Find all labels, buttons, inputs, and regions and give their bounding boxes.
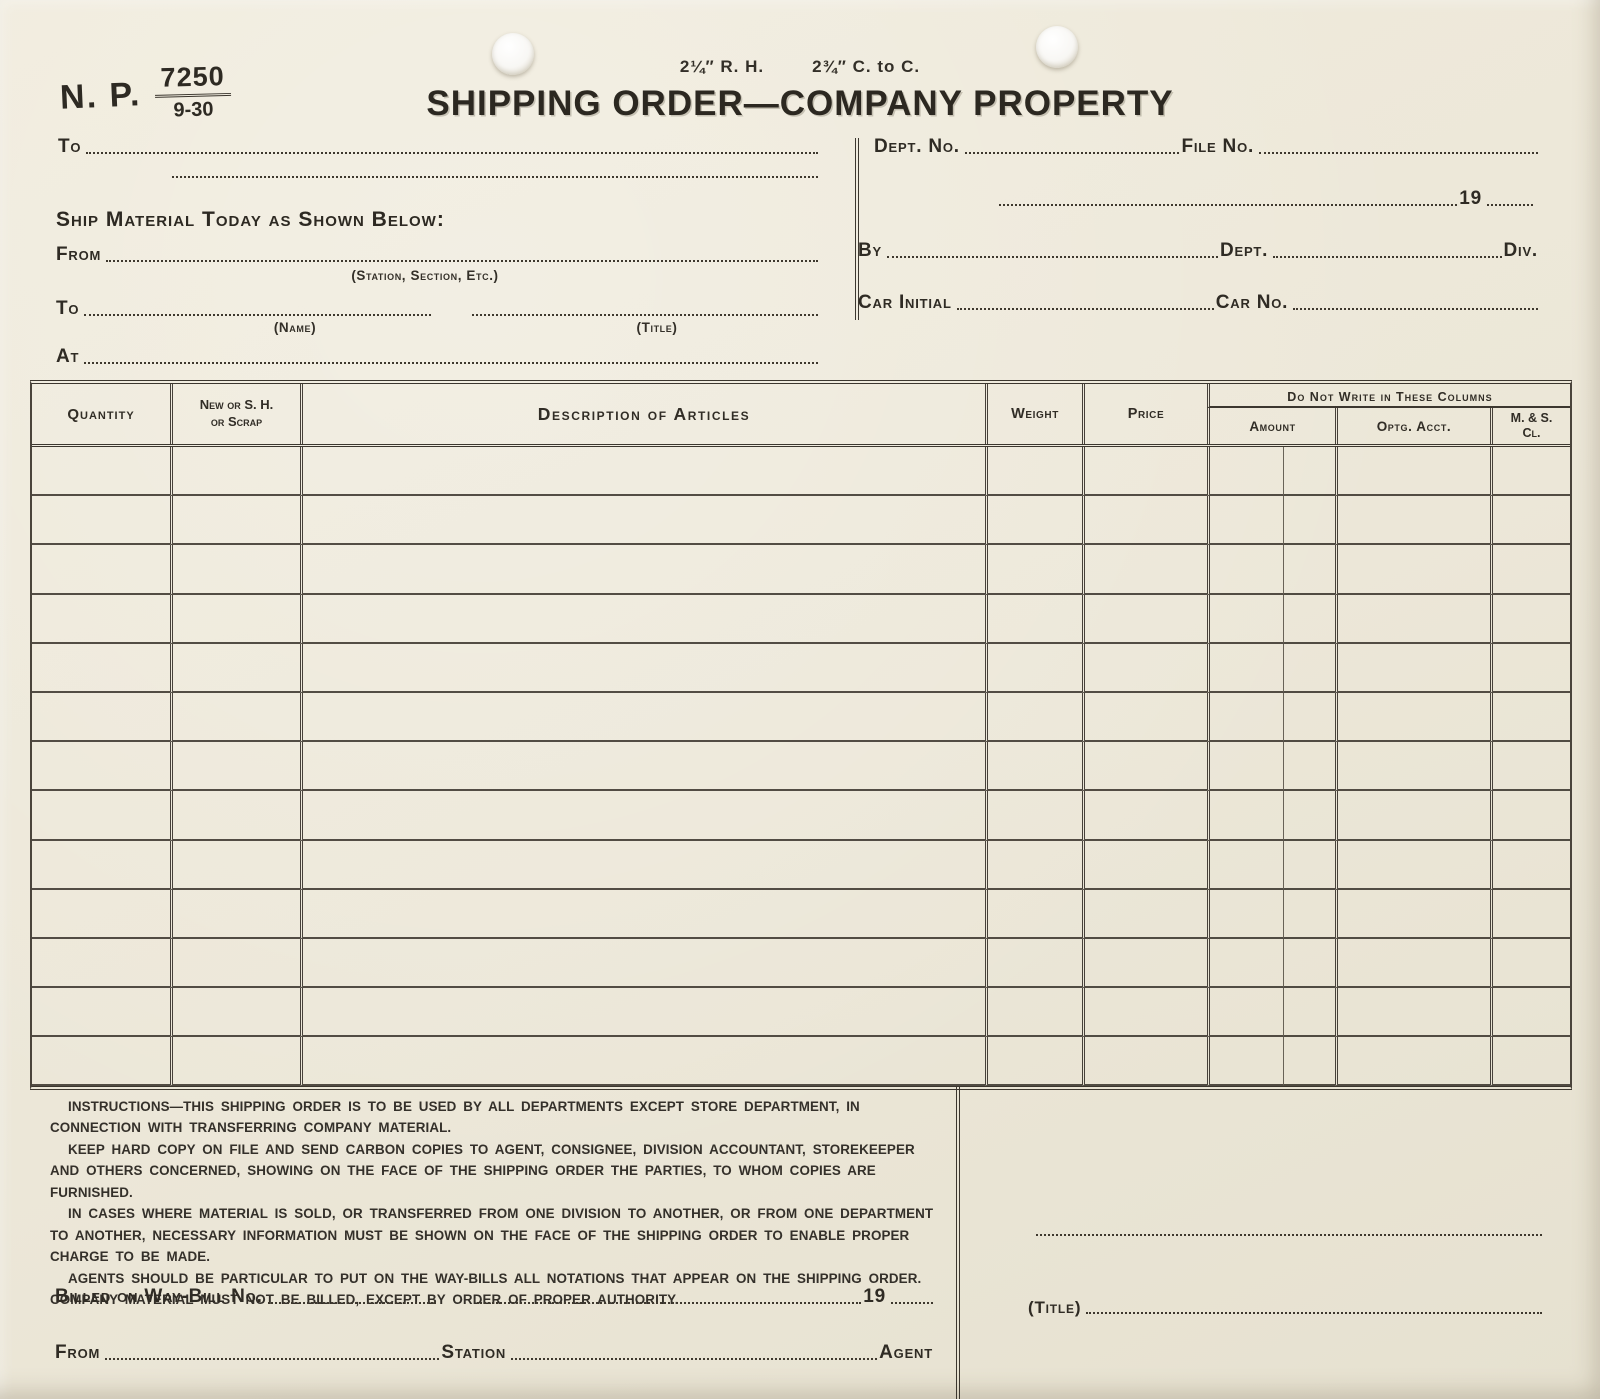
- signature-title-fill-line: [1086, 1312, 1542, 1314]
- table-cell: [1490, 693, 1570, 742]
- table-cell: [1335, 545, 1490, 594]
- at-label: At: [56, 346, 79, 368]
- table-cell: [985, 1037, 1082, 1086]
- shipping-order-form: N. P. 7250 9-30 2¼″ R. H. 2¾″ C. to C. S…: [0, 0, 1600, 1399]
- table-cell: [1335, 693, 1490, 742]
- table-cell: [1207, 595, 1283, 644]
- table-cell: [32, 841, 170, 890]
- footer-divider-rule: [956, 1086, 960, 1399]
- to-label: To: [58, 136, 81, 158]
- table-cell: [170, 644, 300, 693]
- table-cell: [1335, 496, 1490, 545]
- table-cell: [32, 693, 170, 742]
- table-cell: [1283, 644, 1335, 693]
- table-cell: [1283, 939, 1335, 988]
- ms-cl-column-header: M. & S. Cl.: [1490, 408, 1570, 444]
- table-cell: [32, 644, 170, 693]
- table-cell: [300, 988, 985, 1037]
- agent-label: Agent: [879, 1342, 933, 1364]
- table-cell: [1082, 988, 1207, 1037]
- instructions-paragraph: KEEP HARD COPY ON FILE AND SEND CARBON C…: [50, 1139, 942, 1203]
- table-cell: [32, 939, 170, 988]
- table-cell: [1082, 841, 1207, 890]
- table-cell: [1207, 496, 1283, 545]
- table-cell: [32, 1037, 170, 1086]
- table-cell: [1207, 693, 1283, 742]
- billing-from-fill-line: [105, 1358, 439, 1360]
- waybill-year-prefix: 19: [863, 1286, 886, 1308]
- table-cell: [170, 595, 300, 644]
- table-cell: [1490, 1037, 1570, 1086]
- table-cell: [170, 841, 300, 890]
- optg-acct-column-header: Optg. Acct.: [1335, 408, 1490, 444]
- table-cell: [1335, 742, 1490, 791]
- table-cell: [1207, 890, 1283, 939]
- signature-fill-line: [1036, 1234, 1542, 1236]
- ship-material-heading: Ship Material Today as Shown Below:: [56, 208, 445, 232]
- table-cell: [985, 693, 1082, 742]
- waybill-date-fill-line: [477, 1302, 862, 1304]
- signature-title-line: (Title): [1028, 1298, 1544, 1318]
- table-cell: [32, 742, 170, 791]
- table-cell: [1283, 841, 1335, 890]
- condition-header-line1: New or S. H.: [200, 397, 274, 414]
- date-fill-line: [999, 204, 1457, 206]
- instructions-paragraph: IN CASES WHERE MATERIAL IS SOLD, OR TRAN…: [50, 1203, 942, 1267]
- title-hint: (Title): [592, 320, 722, 335]
- by-label: By: [858, 240, 882, 262]
- table-cell: [985, 595, 1082, 644]
- table-cell: [170, 939, 300, 988]
- table-cell: [1335, 939, 1490, 988]
- table-cell: [1283, 595, 1335, 644]
- table-cell: [1490, 595, 1570, 644]
- table-cell: [1283, 545, 1335, 594]
- table-cell: [1490, 988, 1570, 1037]
- dept-file-line: Dept. No. File No.: [874, 136, 1540, 158]
- table-cell: [1490, 939, 1570, 988]
- table-cell: [985, 988, 1082, 1037]
- table-cell: [1082, 742, 1207, 791]
- waybill-line: Billed on Way-Bill No. 19: [55, 1286, 935, 1308]
- table-cell: [1207, 791, 1283, 840]
- car-no-fill-line: [1293, 308, 1538, 310]
- table-cell: [1490, 644, 1570, 693]
- table-cell: [1490, 841, 1570, 890]
- file-no-label: File No.: [1181, 136, 1254, 158]
- table-cell: [170, 496, 300, 545]
- table-cell: [1283, 742, 1335, 791]
- table-cell: [1283, 988, 1335, 1037]
- do-not-write-group-header: Do Not Write in These Columns: [1207, 384, 1570, 408]
- price-column-header: Price: [1082, 384, 1207, 444]
- articles-table: Quantity New or S. H. or Scrap Descripti…: [30, 380, 1572, 1090]
- table-cell: [170, 988, 300, 1037]
- table-cell: [985, 939, 1082, 988]
- consignee-line-2: [168, 176, 820, 182]
- table-cell: [300, 841, 985, 890]
- year-fill-line: [1487, 204, 1533, 206]
- at-line: At: [56, 346, 820, 368]
- instructions-paragraph: INSTRUCTIONS—THIS SHIPPING ORDER IS TO B…: [50, 1096, 942, 1139]
- table-cell: [1335, 1037, 1490, 1086]
- table-cell: [300, 791, 985, 840]
- instructions-block: INSTRUCTIONS—THIS SHIPPING ORDER IS TO B…: [50, 1096, 942, 1310]
- table-cell: [1082, 545, 1207, 594]
- form-title: SHIPPING ORDER—COMPANY PROPERTY: [0, 84, 1600, 124]
- table-cell: [1283, 1037, 1335, 1086]
- table-cell: [170, 545, 300, 594]
- table-cell: [1207, 841, 1283, 890]
- table-cell: [300, 447, 985, 496]
- table-cell: [1283, 447, 1335, 496]
- table-cell: [300, 644, 985, 693]
- table-cell: [1082, 644, 1207, 693]
- description-column-header: Description of Articles: [300, 384, 985, 444]
- year-prefix: 19: [1459, 188, 1482, 210]
- table-cell: [1490, 742, 1570, 791]
- punch-spec-holes: 2¼″ R. H.: [680, 57, 764, 77]
- table-cell: [170, 791, 300, 840]
- table-cell: [985, 890, 1082, 939]
- by-dept-div-line: By Dept. Div.: [858, 240, 1538, 262]
- table-cell: [1335, 988, 1490, 1037]
- articles-table-body: [32, 447, 1570, 1086]
- table-cell: [1490, 496, 1570, 545]
- table-cell: [32, 595, 170, 644]
- car-no-label: Car No.: [1216, 292, 1289, 314]
- table-cell: [985, 545, 1082, 594]
- table-cell: [170, 693, 300, 742]
- signature-line: [1032, 1234, 1544, 1240]
- table-cell: [1082, 447, 1207, 496]
- dept-no-label: Dept. No.: [874, 136, 960, 158]
- quantity-column-header: Quantity: [32, 384, 170, 444]
- consignee-fill-line-2: [172, 176, 818, 178]
- from-station-agent-line: From Station Agent: [55, 1342, 933, 1364]
- billing-from-label: From: [55, 1342, 100, 1364]
- weight-column-header: Weight: [985, 384, 1082, 444]
- to-person-line: To: [56, 298, 820, 320]
- waybill-no-fill-line: [268, 1302, 436, 1304]
- table-cell: [1490, 890, 1570, 939]
- table-cell: [1082, 595, 1207, 644]
- file-no-fill-line: [1259, 152, 1538, 154]
- table-cell: [1335, 890, 1490, 939]
- table-cell: [1283, 890, 1335, 939]
- table-cell: [300, 939, 985, 988]
- name-hint: (Name): [230, 320, 360, 335]
- table-cell: [1283, 791, 1335, 840]
- from-label: From: [56, 244, 101, 266]
- table-cell: [1082, 496, 1207, 545]
- table-cell: [300, 496, 985, 545]
- dept-label: Dept.: [1220, 240, 1268, 262]
- signature-title-hint: (Title): [1028, 1298, 1081, 1318]
- table-cell: [32, 791, 170, 840]
- waybill-label: Billed on Way-Bill No.: [55, 1286, 263, 1308]
- table-cell: [985, 742, 1082, 791]
- table-cell: [1207, 545, 1283, 594]
- consignee-line-1: To: [58, 136, 820, 158]
- to-name-fill-line: [84, 314, 430, 316]
- table-cell: [1207, 742, 1283, 791]
- table-cell: [1207, 988, 1283, 1037]
- punch-spec-line: 2¼″ R. H. 2¾″ C. to C.: [0, 57, 1600, 77]
- dept-no-fill-line: [965, 152, 1180, 154]
- punch-spec-centers: 2¾″ C. to C.: [812, 57, 920, 77]
- table-cell: [1335, 841, 1490, 890]
- from-line: From: [56, 244, 820, 266]
- table-cell: [985, 841, 1082, 890]
- table-cell: [300, 693, 985, 742]
- table-cell: [32, 496, 170, 545]
- table-cell: [1082, 791, 1207, 840]
- table-cell: [32, 890, 170, 939]
- date-line: 19: [995, 188, 1535, 210]
- table-cell: [170, 1037, 300, 1086]
- table-cell: [300, 545, 985, 594]
- table-cell: [300, 742, 985, 791]
- table-cell: [1207, 1037, 1283, 1086]
- consignee-fill-line-1: [86, 152, 818, 154]
- table-cell: [1082, 939, 1207, 988]
- dept-fill-line: [1273, 256, 1501, 258]
- ms-header-line1: M. & S.: [1511, 411, 1553, 426]
- table-cell: [1082, 1037, 1207, 1086]
- table-cell: [32, 988, 170, 1037]
- to-title-fill-line: [472, 314, 818, 316]
- condition-header-line2: or Scrap: [211, 414, 262, 431]
- from-fill-line: [106, 260, 818, 262]
- table-cell: [1490, 545, 1570, 594]
- to-person-label: To: [56, 298, 79, 320]
- waybill-year-fill-line: [891, 1302, 933, 1304]
- table-cell: [32, 447, 170, 496]
- table-cell: [985, 496, 1082, 545]
- table-cell: [1283, 496, 1335, 545]
- articles-table-header: Quantity New or S. H. or Scrap Descripti…: [32, 384, 1570, 447]
- at-fill-line: [84, 362, 818, 364]
- table-cell: [1335, 595, 1490, 644]
- table-cell: [300, 595, 985, 644]
- table-cell: [1490, 447, 1570, 496]
- station-fill-line: [511, 1358, 877, 1360]
- table-cell: [1207, 644, 1283, 693]
- station-section-hint: (Station, Section, Etc.): [300, 268, 550, 283]
- table-cell: [1082, 693, 1207, 742]
- table-cell: [1490, 791, 1570, 840]
- by-fill-line: [887, 256, 1218, 258]
- ms-header-line2: Cl.: [1523, 426, 1541, 441]
- table-cell: [1207, 939, 1283, 988]
- amount-column-header: Amount: [1207, 408, 1335, 444]
- table-cell: [1335, 644, 1490, 693]
- table-cell: [985, 447, 1082, 496]
- table-cell: [1283, 693, 1335, 742]
- table-cell: [170, 447, 300, 496]
- table-cell: [1207, 447, 1283, 496]
- table-cell: [1335, 791, 1490, 840]
- table-cell: [985, 791, 1082, 840]
- table-cell: [300, 890, 985, 939]
- table-cell: [300, 1037, 985, 1086]
- div-label: Div.: [1504, 240, 1538, 262]
- table-cell: [32, 545, 170, 594]
- station-label: Station: [441, 1342, 506, 1364]
- table-cell: [170, 890, 300, 939]
- car-initial-label: Car Initial: [858, 292, 952, 314]
- car-initial-fill-line: [957, 308, 1214, 310]
- table-cell: [1082, 890, 1207, 939]
- condition-column-header: New or S. H. or Scrap: [170, 384, 300, 444]
- table-cell: [985, 644, 1082, 693]
- table-cell: [170, 742, 300, 791]
- car-line: Car Initial Car No.: [858, 292, 1540, 314]
- table-cell: [1335, 447, 1490, 496]
